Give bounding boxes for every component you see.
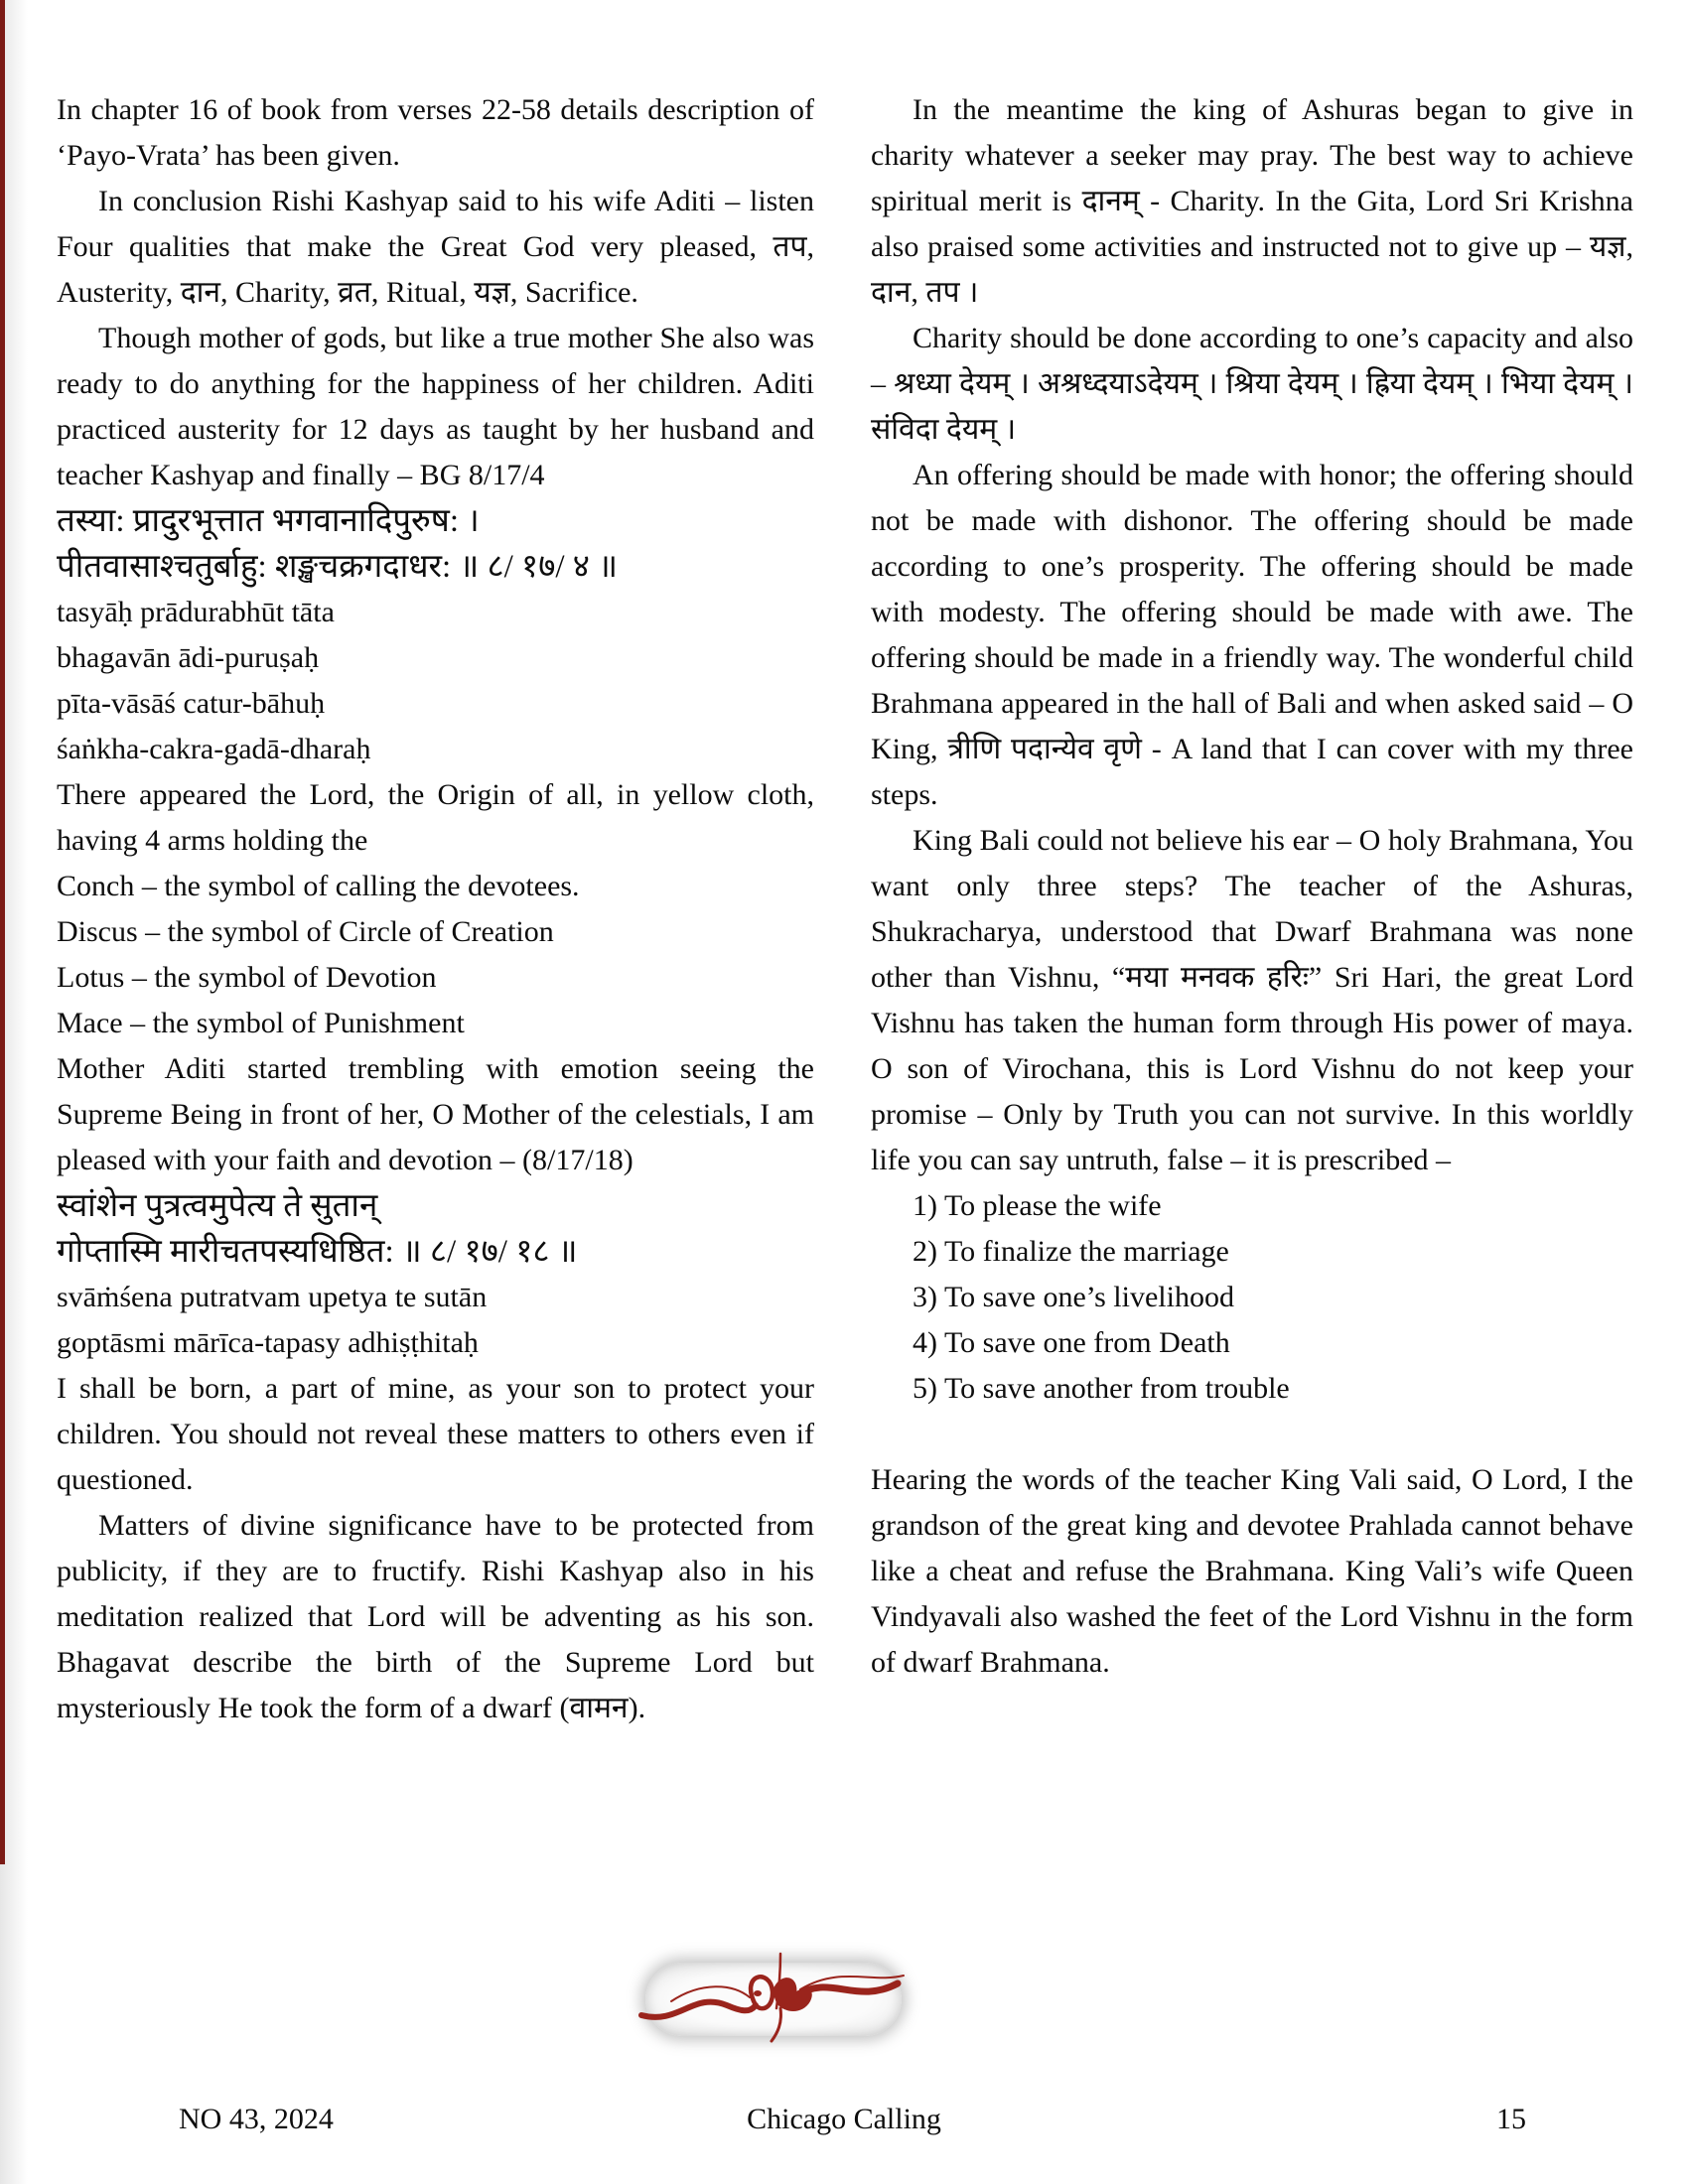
text-block: Lotus – the symbol of Devotion	[57, 955, 814, 1001]
magazine-page: In chapter 16 of book from verses 22-58 …	[0, 0, 1688, 2184]
text-block: bhagavān ādi-puruṣaḥ	[57, 635, 814, 681]
text-block: There appeared the Lord, the Origin of a…	[57, 772, 814, 864]
text-block: pīta-vāsāś catur-bāhuḥ	[57, 681, 814, 727]
text-block: In conclusion Rishi Kashyap said to his …	[57, 179, 814, 316]
text-block: King Bali could not believe his ear – O …	[871, 818, 1633, 1183]
right-text-column: In the meantime the king of Ashuras bega…	[871, 87, 1633, 1686]
text-block	[871, 1412, 1633, 1457]
text-block: स्वांशेन पुत्रत्वमुपेत्य ते सुतान्	[57, 1183, 814, 1229]
text-block: In chapter 16 of book from verses 22-58 …	[57, 87, 814, 179]
text-block: Though mother of gods, but like a true m…	[57, 316, 814, 498]
text-block: गोप्तास्मि मारीचतपस्यधिष्ठित: ॥ ८/ १७/ १…	[57, 1229, 814, 1275]
text-block: Hearing the words of the teacher King Va…	[871, 1457, 1633, 1686]
magazine-title: Chicago Calling	[0, 2097, 1688, 2142]
text-block: In the meantime the king of Ashuras bega…	[871, 87, 1633, 316]
text-block: An offering should be made with honor; t…	[871, 453, 1633, 818]
text-block: Mother Aditi started trembling with emot…	[57, 1046, 814, 1183]
text-block: Mace – the symbol of Punishment	[57, 1001, 814, 1046]
page-number: 15	[1496, 2097, 1526, 2142]
text-block: 4) To save one from Death	[871, 1320, 1633, 1366]
text-block: svāṁśena putratvam upetya te sutān	[57, 1275, 814, 1320]
text-block: तस्या: प्रादुरभूत्तात भगवानादिपुरुष: ।	[57, 498, 814, 544]
left-edge-red-rule	[0, 0, 5, 1864]
text-block: 2) To finalize the marriage	[871, 1229, 1633, 1275]
text-block: I shall be born, a part of mine, as your…	[57, 1366, 814, 1503]
text-block: Matters of divine significance have to b…	[57, 1503, 814, 1731]
page-footer: NO 43, 2024 Chicago Calling 15	[0, 2097, 1688, 2142]
text-block: tasyāḥ prādurabhūt tāta	[57, 590, 814, 635]
left-text-column: In chapter 16 of book from verses 22-58 …	[57, 87, 814, 1731]
text-block: goptāsmi mārīca-tapasy adhiṣṭhitaḥ	[57, 1320, 814, 1366]
text-block: Conch – the symbol of calling the devote…	[57, 864, 814, 909]
text-block: Charity should be done according to one’…	[871, 316, 1633, 453]
text-block: 3) To save one’s livelihood	[871, 1275, 1633, 1320]
text-block: śaṅkha-cakra-gadā-dharaḥ	[57, 727, 814, 772]
text-block: पीतवासाश्चतुर्बाहु: शङ्खचक्रगदाधर: ॥ ८/ …	[57, 544, 814, 590]
text-block: 1) To please the wife	[871, 1183, 1633, 1229]
text-block: 5) To save another from trouble	[871, 1366, 1633, 1412]
text-block: Discus – the symbol of Circle of Creatio…	[57, 909, 814, 955]
flourish-divider-image	[632, 1936, 919, 2053]
